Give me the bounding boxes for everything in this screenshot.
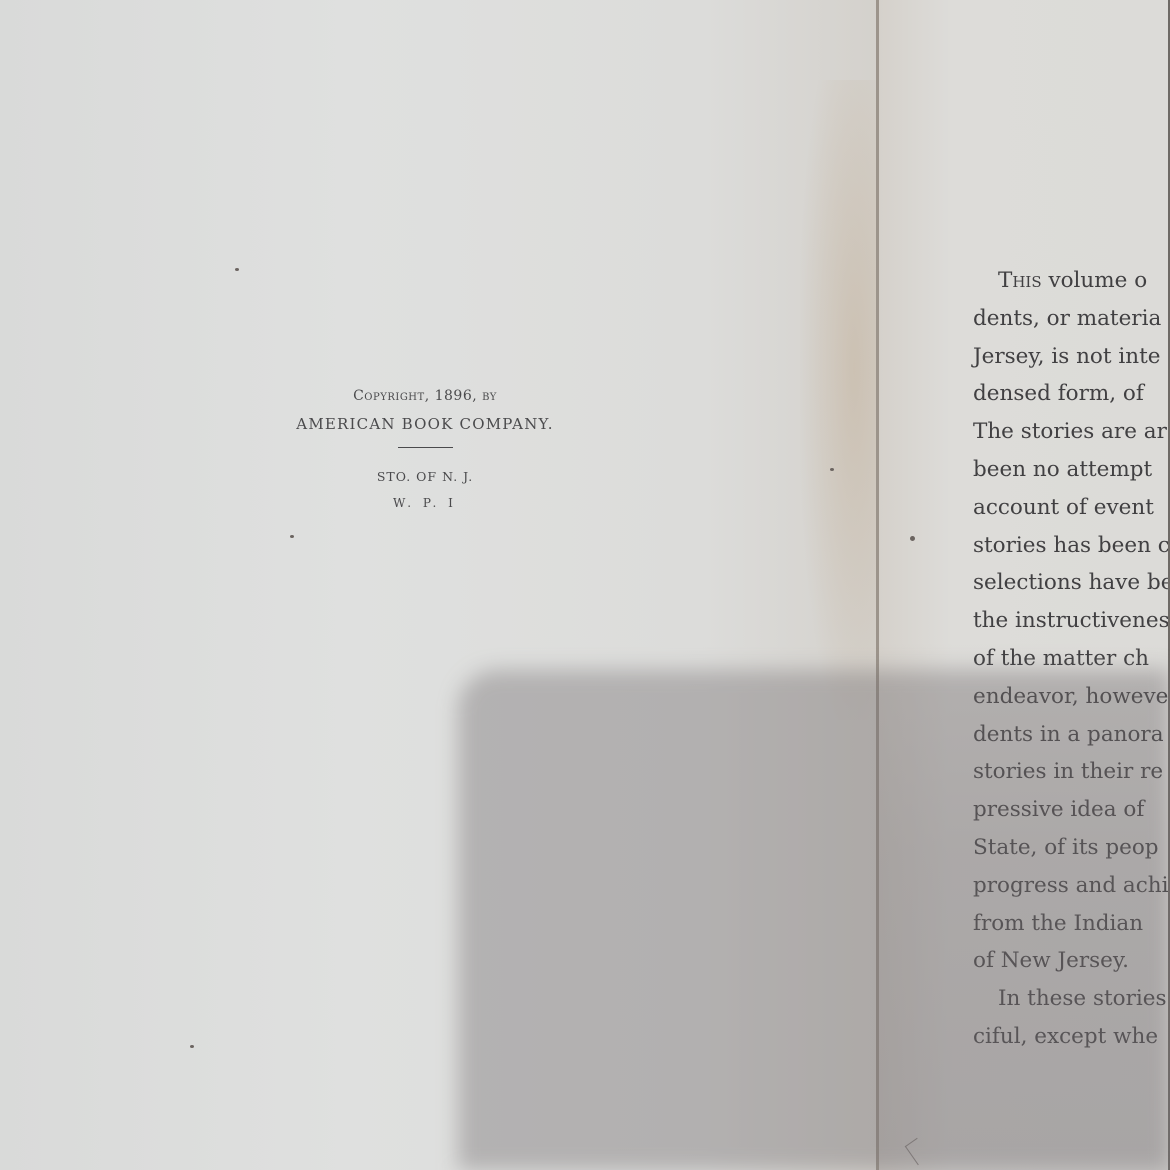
preface-line: selections have be xyxy=(973,564,1168,602)
publisher-name: AMERICAN BOOK COMPANY. xyxy=(250,409,600,439)
book-spread: Copyright, 1896, by AMERICAN BOOK COMPAN… xyxy=(0,0,1170,1170)
preface-line: densed form, of xyxy=(973,375,1168,413)
preface-line: This volume o xyxy=(973,262,1168,300)
preface-line: The stories are ar xyxy=(973,413,1168,451)
drop-word: This xyxy=(998,268,1042,293)
printer-mark: STO. OF N. J. xyxy=(250,464,600,490)
preface-line: stories has been c xyxy=(973,527,1168,565)
paper-speck xyxy=(290,535,294,538)
paper-speck xyxy=(190,1045,194,1048)
copyright-notice: Copyright, 1896, by xyxy=(250,383,600,409)
preface-line: Jersey, is not inte xyxy=(973,338,1168,376)
paper-speck xyxy=(830,468,834,471)
divider-rule xyxy=(398,447,453,448)
printer-code: W. P. I xyxy=(250,490,600,516)
preface-line: been no attempt xyxy=(973,451,1168,489)
paper-speck xyxy=(235,268,239,271)
preface-line: the instructivenes xyxy=(973,602,1168,640)
preface-line: account of event xyxy=(973,489,1168,527)
line-text: volume o xyxy=(1042,268,1148,293)
shadow-gradient xyxy=(879,640,1170,1170)
preface-line: dents, or materia xyxy=(973,300,1168,338)
copyright-block: Copyright, 1896, by AMERICAN BOOK COMPAN… xyxy=(250,383,600,516)
